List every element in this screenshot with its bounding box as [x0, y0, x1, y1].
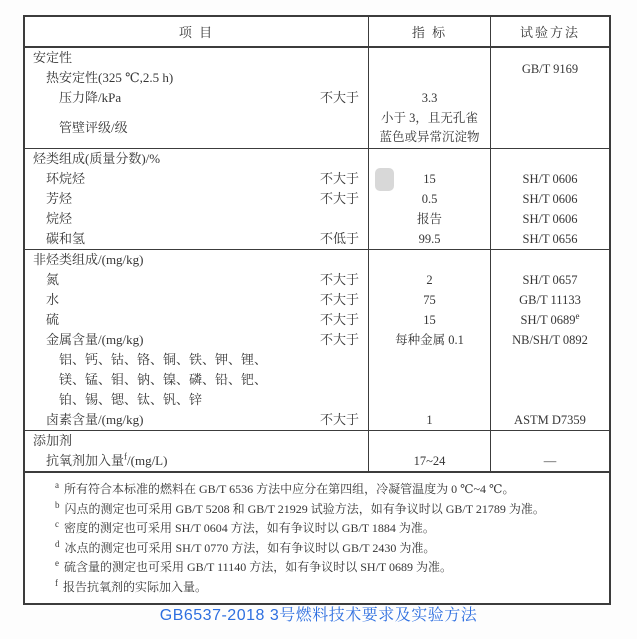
- row-constraint: 不大于: [320, 189, 359, 209]
- header-cell-test-method: 试验方法: [490, 17, 609, 46]
- row-label: 压力降/kPa: [59, 90, 121, 105]
- footnote-marker: d: [55, 539, 60, 549]
- row-label: 芳烃: [46, 191, 72, 206]
- table-body: 安定性 GB/T 9169 热安定性(325 ℃,2.5 h) 压力降/kPa: [25, 48, 609, 471]
- table-row: 压力降/kPa 不大于 3.3: [25, 88, 609, 108]
- row-value: 99.5: [419, 230, 441, 249]
- footnote-text: 硫含量的测定也可采用 GB/T 11140 方法，如有争议时以 SH/T 068…: [64, 560, 452, 574]
- row-value: 小于 3，且无孔雀: [381, 109, 478, 128]
- header-cell-item: 项 目: [25, 17, 368, 46]
- cursor-artifact-blob: [375, 168, 394, 191]
- footnote-marker: b: [55, 500, 60, 510]
- table-row: 烃类组成(质量分数)/%: [25, 148, 609, 169]
- row-method: SH/T 0689: [521, 313, 576, 327]
- row-value: 75: [423, 291, 436, 310]
- page: 项 目 指 标 试验方法 安定性 GB/T 9169 热安定性(325 ℃,2.…: [0, 0, 637, 639]
- table-row: 氮 不大于 2 SH/T 0657: [25, 270, 609, 290]
- row-label: 碳和氢: [46, 231, 85, 246]
- row-label: 热安定性(325 ℃,2.5 h): [46, 70, 173, 85]
- row-label: 硫: [46, 312, 59, 327]
- table-row: 热安定性(325 ℃,2.5 h): [25, 68, 609, 88]
- footnote-line: b闪点的测定也可采用 GB/T 5208 和 GB/T 21929 试验方法，如…: [55, 500, 595, 520]
- table-header-row: 项 目 指 标 试验方法: [25, 17, 609, 48]
- caption: GB6537-2018 3号燃料技术要求及实验方法: [0, 602, 637, 625]
- row-label: 铂、锡、锶、钛、钒、锌: [59, 392, 202, 407]
- row-label: 镁、锰、钼、钠、镍、磷、铅、钯、: [59, 372, 267, 387]
- table-row: 碳和氢 不低于 99.5 SH/T 0656: [25, 229, 609, 249]
- row-method: SH/T 0606: [523, 192, 578, 206]
- row-label: 抗氧剂加入量: [46, 453, 124, 468]
- row-method: SH/T 0656: [523, 232, 578, 246]
- spec-table: 项 目 指 标 试验方法 安定性 GB/T 9169 热安定性(325 ℃,2.…: [23, 15, 611, 605]
- table-row: 卤素含量/(mg/kg) 不大于 1 ASTM D7359: [25, 410, 609, 430]
- row-value: 15: [423, 311, 436, 330]
- table-row: 抗氧剂加入量f/(mg/L) 17~24 —: [25, 451, 609, 471]
- row-constraint: 不大于: [320, 88, 359, 108]
- row-constraint: 不低于: [320, 229, 359, 249]
- row-value: 2: [426, 271, 432, 290]
- row-label: 烷烃: [46, 211, 72, 226]
- row-constraint: 不大于: [320, 169, 359, 189]
- row-method: SH/T 0657: [523, 273, 578, 287]
- row-value: 15: [423, 170, 436, 189]
- table-row: 硫 不大于 15 SH/T 0689e: [25, 310, 609, 330]
- table-row: 环烷烃 不大于 15 SH/T 0606: [25, 169, 609, 189]
- footnote-line: d冰点的测定也可采用 SH/T 0770 方法，如有争议时以 GB/T 2430…: [55, 539, 595, 559]
- footnote-text: 所有符合本标准的燃料在 GB/T 6536 方法中应分在第四组，冷凝管温度为 0…: [64, 482, 514, 496]
- row-label: 环烷烃: [46, 171, 85, 186]
- table-row: 铂、锡、锶、钛、钒、锌: [25, 390, 609, 410]
- footnote-marker: f: [55, 578, 58, 588]
- table-row: 铝、钙、钴、铬、铜、铁、钾、锂、: [25, 350, 609, 370]
- footnote-marker: a: [55, 480, 59, 490]
- table-row: 芳烃 不大于 0.5 SH/T 0606: [25, 189, 609, 209]
- row-label: 卤素含量/(mg/kg): [46, 412, 144, 427]
- row-label: 铝、钙、钴、铬、铜、铁、钾、锂、: [59, 352, 267, 367]
- row-method-sup: e: [576, 310, 580, 320]
- row-value: 1: [426, 411, 432, 430]
- row-label: 水: [46, 292, 59, 307]
- table-row: 安定性 GB/T 9169: [25, 48, 609, 68]
- row-label: 烃类组成(质量分数)/%: [33, 151, 160, 166]
- footnote-line: a所有符合本标准的燃料在 GB/T 6536 方法中应分在第四组，冷凝管温度为 …: [55, 480, 595, 500]
- row-method: —: [544, 454, 557, 468]
- row-method: SH/T 0606: [523, 172, 578, 186]
- row-label-suffix: /(mg/L): [127, 453, 167, 468]
- row-constraint: 不大于: [320, 290, 359, 310]
- row-label: 安定性: [33, 50, 72, 65]
- footnote-marker: c: [55, 519, 59, 529]
- row-value: 0.5: [422, 190, 438, 209]
- row-method: SH/T 0606: [523, 212, 578, 226]
- row-value: 17~24: [414, 452, 446, 471]
- row-value: 报告: [417, 210, 442, 229]
- table-row: 非烃类组成/(mg/kg): [25, 249, 609, 270]
- row-value: 每种金属 0.1: [395, 331, 464, 350]
- footnote-line: e硫含量的测定也可采用 GB/T 11140 方法，如有争议时以 SH/T 06…: [55, 558, 595, 578]
- row-label: 氮: [46, 272, 59, 287]
- footnotes-block: a所有符合本标准的燃料在 GB/T 6536 方法中应分在第四组，冷凝管温度为 …: [25, 471, 609, 603]
- header-cell-indicator: 指 标: [368, 17, 490, 46]
- table-row: 管壁评级/级 小于 3，且无孔雀 蓝色或异常沉淀物: [25, 108, 609, 148]
- row-value: 3.3: [422, 89, 438, 108]
- footnote-text: 冰点的测定也可采用 SH/T 0770 方法，如有争议时以 GB/T 2430 …: [65, 541, 436, 555]
- row-value-line2: 蓝色或异常沉淀物: [379, 128, 479, 147]
- row-constraint: 不大于: [320, 310, 359, 330]
- table-row: 金属含量/(mg/kg) 不大于 每种金属 0.1 NB/SH/T 0892: [25, 330, 609, 350]
- footnote-marker: e: [55, 558, 59, 568]
- table-row: 添加剂: [25, 430, 609, 451]
- row-method: NB/SH/T 0892: [512, 333, 588, 347]
- table-row: 烷烃 报告 SH/T 0606: [25, 209, 609, 229]
- footnote-line: f报告抗氧剂的实际加入量。: [55, 578, 595, 598]
- footnote-text: 密度的测定也可采用 SH/T 0604 方法，如有争议时以 GB/T 1884 …: [64, 521, 435, 535]
- row-label: 金属含量/(mg/kg): [46, 332, 144, 347]
- row-label: 非烃类组成/(mg/kg): [33, 252, 144, 267]
- table-row: 水 不大于 75 GB/T 11133: [25, 290, 609, 310]
- row-label: 管壁评级/级: [59, 120, 128, 135]
- footnote-text: 闪点的测定也可采用 GB/T 5208 和 GB/T 21929 试验方法，如有…: [65, 502, 545, 516]
- row-constraint: 不大于: [320, 410, 359, 430]
- row-label: 添加剂: [33, 433, 72, 448]
- row-constraint: 不大于: [320, 330, 359, 350]
- footnote-text: 报告抗氧剂的实际加入量。: [63, 580, 207, 594]
- row-method: ASTM D7359: [514, 413, 586, 427]
- row-method: GB/T 11133: [519, 293, 581, 307]
- footnote-line: c密度的测定也可采用 SH/T 0604 方法，如有争议时以 GB/T 1884…: [55, 519, 595, 539]
- table-row: 镁、锰、钼、钠、镍、磷、铅、钯、: [25, 370, 609, 390]
- row-constraint: 不大于: [320, 270, 359, 290]
